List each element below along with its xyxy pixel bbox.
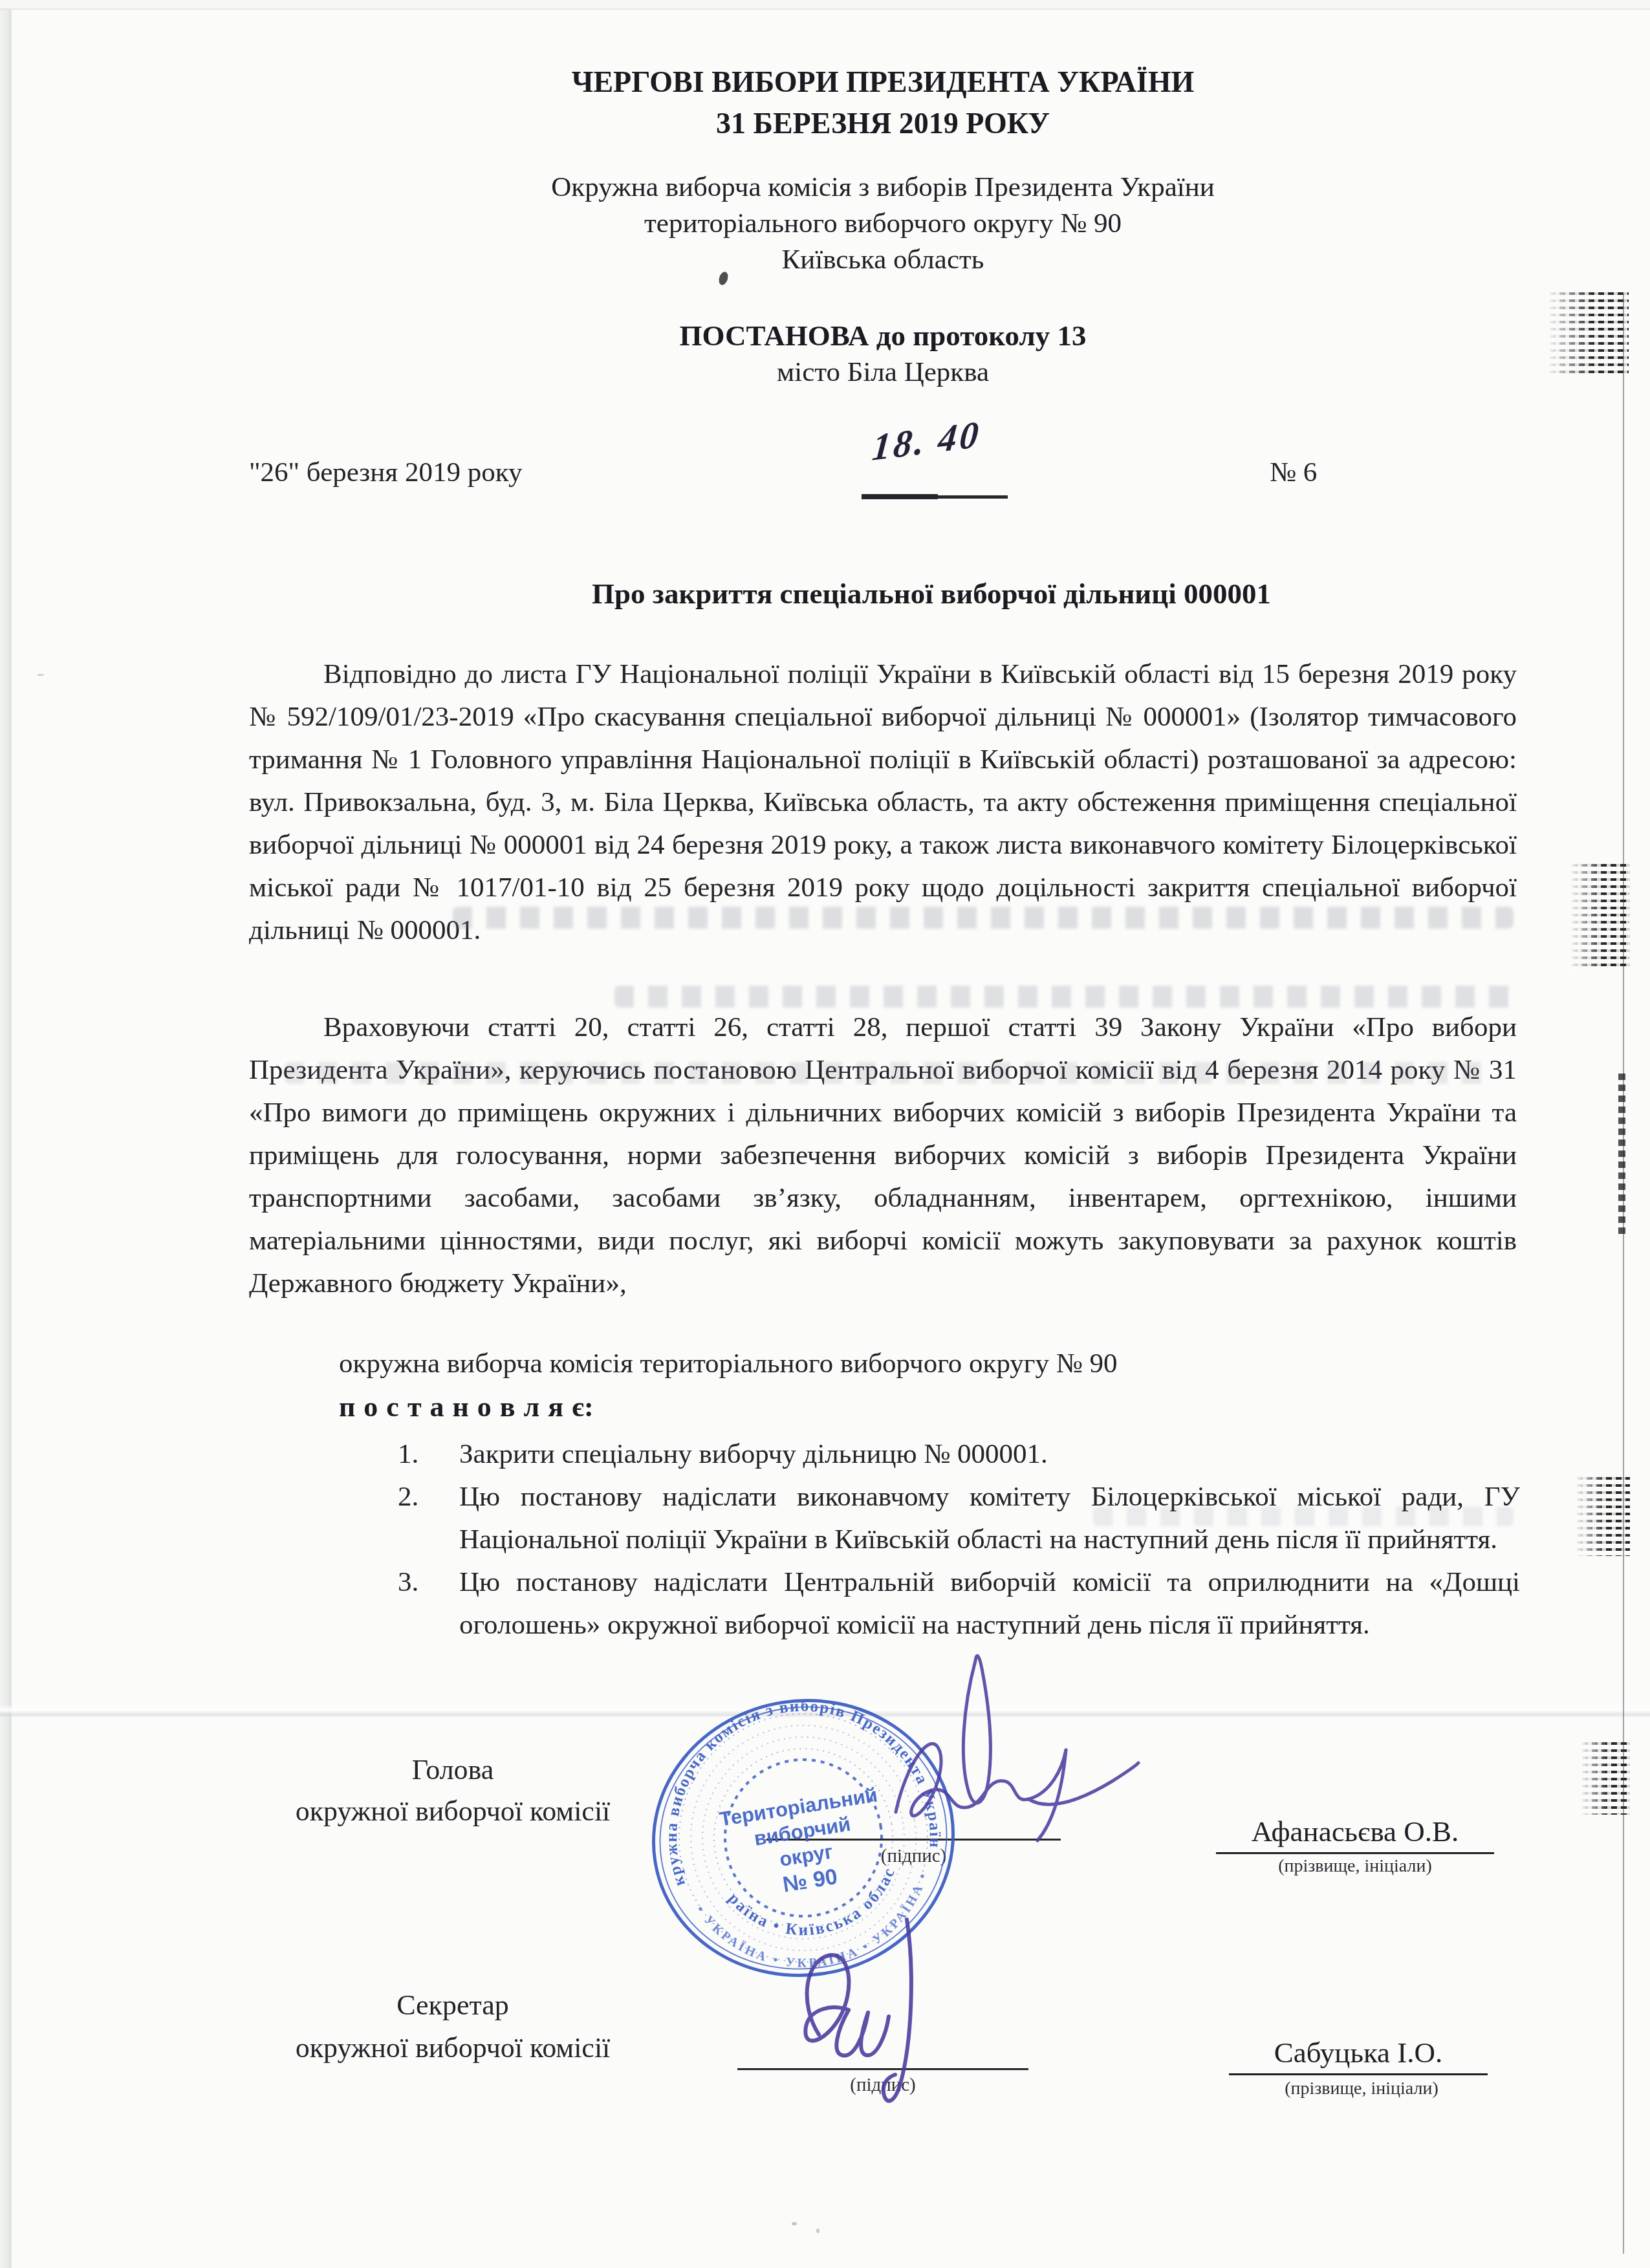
chairman-name: Афанасьєва О.В. bbox=[1216, 1815, 1494, 1854]
list-item-text: Цю постанову надіслати виконавчому коміт… bbox=[459, 1476, 1520, 1561]
secretary-pen-signature bbox=[757, 1908, 970, 2121]
list-item-number: 1. bbox=[398, 1433, 459, 1476]
list-item: 3. Цю постанову надіслати Центральній ви… bbox=[398, 1561, 1520, 1647]
bleedthrough-ghost-text bbox=[285, 1062, 1488, 1084]
page-left-edge-shadow bbox=[0, 0, 10, 2268]
secretary-name-caption: (прізвище, ініціали) bbox=[1239, 2079, 1484, 2099]
subject-line: Про закриття спеціальної виборчої дільни… bbox=[298, 577, 1565, 610]
list-item-text: Закрити спеціальну виборчу дільницю № 00… bbox=[459, 1433, 1520, 1476]
list-item: 1. Закрити спеціальну виборчу дільницю №… bbox=[398, 1433, 1520, 1476]
city-name: місто Біла Церква bbox=[249, 354, 1517, 391]
secretary-role-line2: окружної виборчої комісії bbox=[259, 2032, 647, 2064]
chairman-role-line2: окружної виборчої комісії bbox=[259, 1795, 647, 1828]
list-item-number: 2. bbox=[398, 1476, 459, 1561]
list-item-text: Цю постанову надіслати Центральній вибор… bbox=[459, 1561, 1520, 1647]
secretary-role-line1: Секретар bbox=[259, 1989, 647, 2022]
page-top-edge-line bbox=[0, 8, 1650, 10]
page-top-edge bbox=[0, 0, 1650, 8]
document-number: № 6 bbox=[1270, 457, 1317, 488]
list-item: 2. Цю постанову надіслати виконавчому ко… bbox=[398, 1476, 1520, 1561]
election-title-line2: 31 БЕРЕЗНЯ 2019 РОКУ bbox=[249, 106, 1517, 141]
scanner-noise-band bbox=[1572, 864, 1630, 971]
scanner-vertical-line bbox=[1623, 294, 1624, 2254]
scanned-document-page: { "doc": { "header": { "title_line1": "Ч… bbox=[0, 0, 1650, 2268]
scanner-noise-band bbox=[1550, 292, 1629, 376]
body-paragraph-2: Враховуючи статті 20, статті 26, статті … bbox=[249, 1006, 1517, 1305]
election-title-line1: ЧЕРГОВІ ВИБОРИ ПРЕЗИДЕНТА УКРАЇНИ bbox=[249, 65, 1517, 100]
scan-speck bbox=[816, 2229, 820, 2233]
bleedthrough-ghost-text bbox=[614, 986, 1514, 1008]
list-item-number: 3. bbox=[398, 1561, 459, 1647]
secretary-name: Сабуцька І.О. bbox=[1229, 2036, 1488, 2075]
document-type: ПОСТАНОВА до протоколу 13 bbox=[249, 318, 1517, 353]
time-underline-thick bbox=[862, 494, 938, 499]
region-name: Київська область bbox=[249, 242, 1517, 278]
scanner-vertical-streak bbox=[1618, 1074, 1625, 1235]
resolves-label: п о с т а н о в л я є: bbox=[339, 1390, 594, 1423]
district-number: територіального виборчого округу № 90 bbox=[249, 206, 1517, 242]
chairman-name-caption: (прізвище, ініціали) bbox=[1226, 1856, 1484, 1877]
scanner-noise-band bbox=[1577, 1477, 1630, 1556]
scan-speck bbox=[38, 674, 44, 676]
page-left-edge-line bbox=[10, 0, 12, 2268]
commission-name: Окружна виборча комісія з виборів Презид… bbox=[249, 169, 1517, 206]
chairman-pen-signature bbox=[834, 1643, 1158, 1888]
scan-speck bbox=[792, 2222, 797, 2225]
document-date: "26" березня 2019 року bbox=[249, 457, 522, 488]
resolution-list: 1. Закрити спеціальну виборчу дільницю №… bbox=[398, 1433, 1520, 1647]
chairman-role-line1: Голова bbox=[259, 1754, 647, 1786]
bleedthrough-ghost-text bbox=[453, 907, 1514, 929]
handwritten-time: 18. 40 bbox=[871, 412, 983, 470]
resolution-intro: окружна виборча комісія територіального … bbox=[339, 1348, 1117, 1379]
